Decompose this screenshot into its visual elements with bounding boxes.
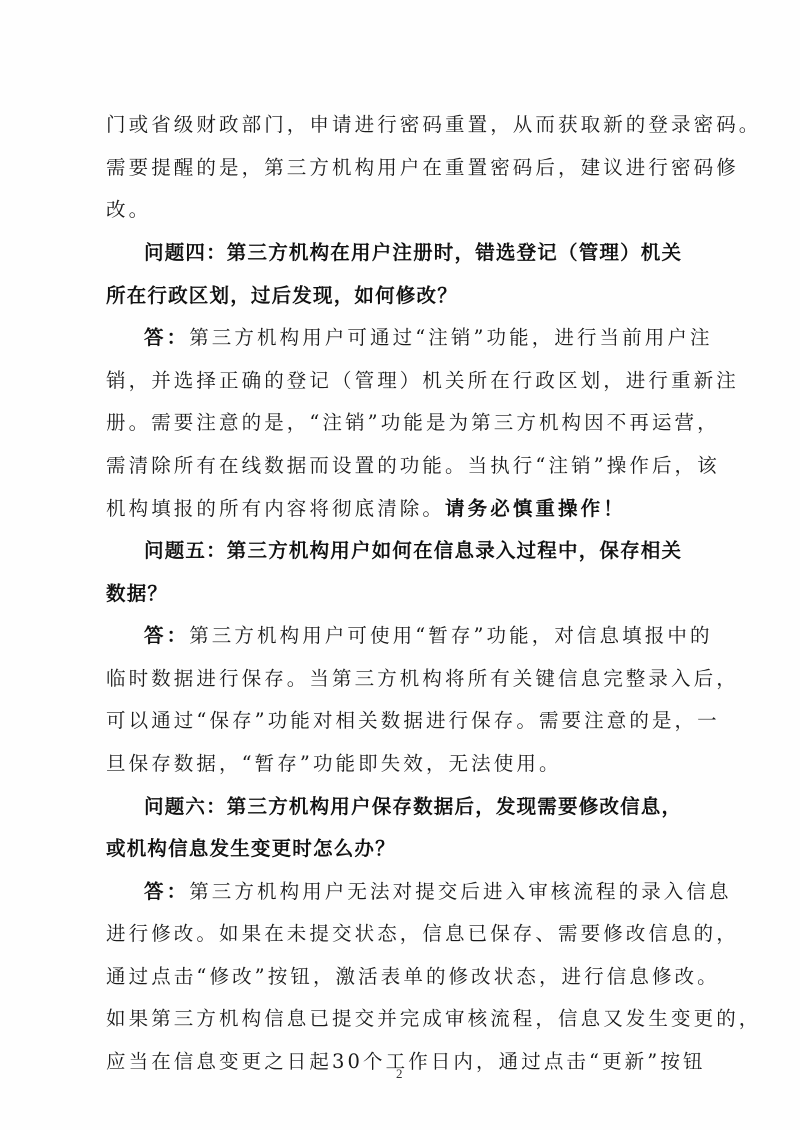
- answer-line: 答：第三方机构用户可通过“注销”功能，进行当前用户注: [144, 326, 744, 350]
- answer-text: 第三方机构用户无法对提交后进入审核流程的录入信息: [189, 880, 731, 903]
- body-line: 需要提醒的是，第三方机构用户在重置密码后，建议进行密码修: [106, 156, 706, 180]
- question-heading: 或机构信息发生变更时怎么办？: [106, 837, 706, 861]
- answer-text: 第三方机构用户可通过“注销”功能，进行当前用户注: [189, 326, 712, 349]
- body-line: 册。需要注意的是，“注销”功能是为第三方机构因不再运营，: [106, 411, 706, 435]
- body-line: 临时数据进行保存。当第三方机构将所有关键信息完整录入后，: [106, 667, 706, 691]
- question-heading: 问题六：第三方机构用户保存数据后，发现需要修改信息，: [144, 795, 744, 819]
- body-line: 如果第三方机构信息已提交并完成审核流程，信息又发生变更的，: [106, 1007, 706, 1031]
- warning-text: 请务必慎重操作！: [445, 497, 626, 520]
- question-heading: 所在行政区划，过后发现，如何修改？: [106, 284, 706, 308]
- answer-label: 答：: [144, 880, 189, 903]
- answer-line: 答：第三方机构用户可使用“暂存”功能，对信息填报中的: [144, 624, 744, 648]
- answer-label: 答：: [144, 624, 189, 647]
- body-line: 销，并选择正确的登记（管理）机关所在行政区划，进行重新注: [106, 369, 706, 393]
- body-line: 旦保存数据，“暂存”功能即失效，无法使用。: [106, 752, 706, 776]
- body-line: 门或省级财政部门，申请进行密码重置，从而获取新的登录密码。: [106, 113, 706, 137]
- answer-text: 第三方机构用户可使用“暂存”功能，对信息填报中的: [189, 624, 712, 647]
- question-heading: 问题四：第三方机构在用户注册时，错选登记（管理）机关: [144, 241, 744, 265]
- body-line: 进行修改。如果在未提交状态，信息已保存、需要修改信息的，: [106, 922, 706, 946]
- document-page: 门或省级财政部门，申请进行密码重置，从而获取新的登录密码。 需要提醒的是，第三方…: [0, 0, 800, 1130]
- question-heading: 问题五：第三方机构用户如何在信息录入过程中，保存相关: [144, 539, 744, 563]
- answer-line: 答：第三方机构用户无法对提交后进入审核流程的录入信息: [144, 880, 744, 904]
- body-text: 机构填报的所有内容将彻底清除。: [106, 497, 445, 520]
- body-line: 需清除所有在线数据而设置的功能。当执行“注销”操作后，该: [106, 454, 706, 478]
- body-line: 机构填报的所有内容将彻底清除。请务必慎重操作！: [106, 497, 706, 521]
- body-line: 可以通过“保存”功能对相关数据进行保存。需要注意的是，一: [106, 709, 706, 733]
- page-number: 2: [396, 1066, 403, 1082]
- body-line: 改。: [106, 198, 706, 222]
- body-line: 通过点击“修改”按钮，激活表单的修改状态，进行信息修改。: [106, 965, 706, 989]
- answer-label: 答：: [144, 326, 189, 349]
- question-heading: 数据？: [106, 582, 706, 606]
- body-line: 应当在信息变更之日起30个工作日内，通过点击“更新”按钮: [106, 1050, 706, 1074]
